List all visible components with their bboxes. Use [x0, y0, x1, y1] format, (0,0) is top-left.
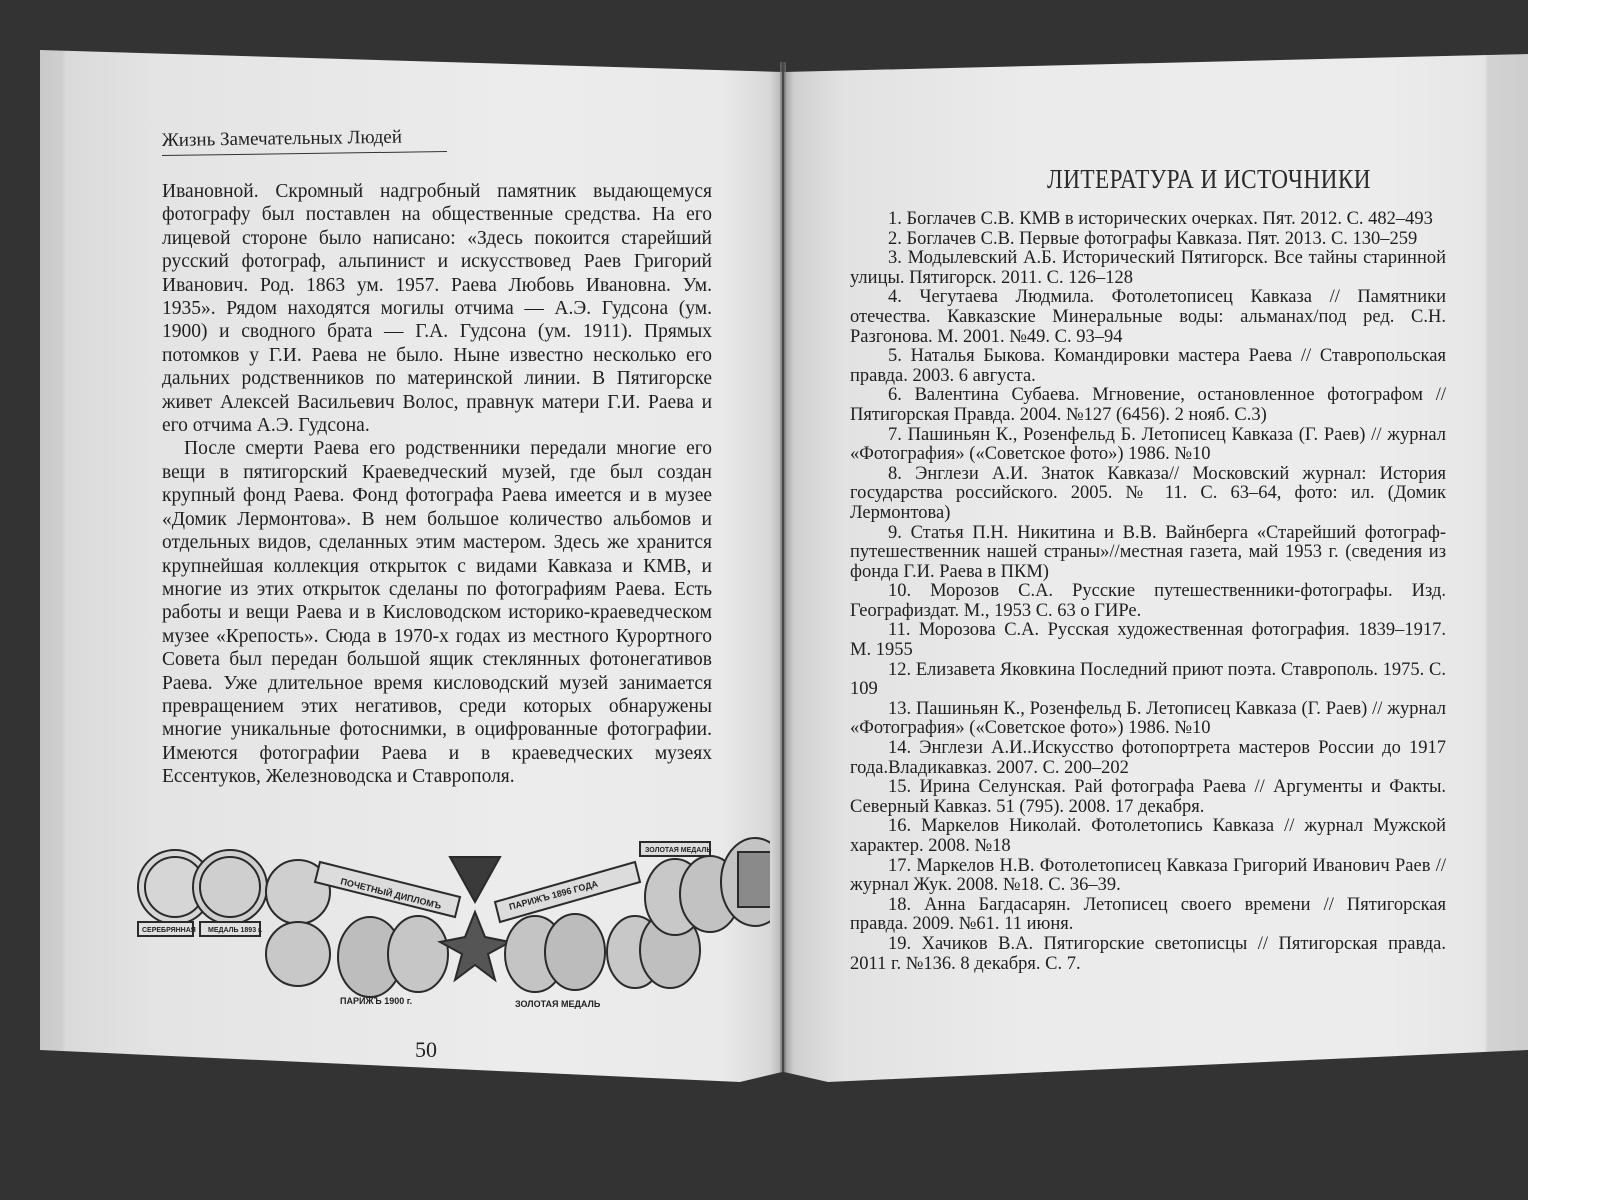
page-number: 50	[415, 1037, 437, 1063]
reference-item: 12. Елизавета Яковкина Последний приют п…	[850, 661, 1446, 700]
reference-item: 7. Пашиньян К., Розенфельд Б. Летописец …	[850, 426, 1446, 465]
reference-item: 16. Маркелов Николай. Фотолетопись Кавка…	[850, 817, 1446, 856]
left-page: Жизнь Замечательных Людей Ивановной. Скр…	[40, 42, 782, 1082]
paragraph-2: После смерти Раева его родственники пере…	[162, 437, 712, 788]
reference-item: 5. Наталья Быкова. Командировки мастера …	[850, 347, 1446, 386]
reference-item: 1. Боглачев С.В. КМВ в исторических очер…	[850, 210, 1446, 230]
reference-item: 2. Боглачев С.В. Первые фотографы Кавказ…	[850, 230, 1446, 250]
reference-item: 19. Хачиков В.А. Пятигорские светописцы …	[850, 935, 1446, 974]
medals-illustration: ПОЧЕТНЫЙ ДИПЛОМЪ ПАРИЖЪ 1896 ГОДА ПАРИЖЪ…	[130, 822, 770, 1012]
paragraph-1: Ивановной. Скромный надгробный памятник …	[162, 180, 712, 437]
reference-item: 8. Энглези А.И. Знаток Кавказа// Московс…	[850, 465, 1446, 524]
reference-item: 11. Морозова С.А. Русская художественная…	[850, 621, 1446, 660]
reference-item: 17. Маркелов Н.В. Фотолетописец Кавказа …	[850, 857, 1446, 896]
reference-item: 13. Пашиньян К., Розенфельд Б. Летописец…	[850, 700, 1446, 739]
reference-item: 4. Чегутаева Людмила. Фотолетописец Кавк…	[850, 288, 1446, 347]
body-text: Ивановной. Скромный надгробный памятник …	[162, 180, 712, 789]
section-title: ЛИТЕРАТУРА И ИСТОЧНИКИ	[994, 164, 1424, 195]
right-page: ЛИТЕРАТУРА И ИСТОЧНИКИ 1. Боглачев С.В. …	[784, 42, 1528, 1082]
open-book: Жизнь Замечательных Людей Ивановной. Скр…	[40, 42, 1528, 1098]
reference-item: 14. Энглези А.И..Искусство фотопортрета …	[850, 739, 1446, 778]
reference-item: 9. Статья П.Н. Никитина и В.В. Вайнберга…	[850, 524, 1446, 583]
svg-text:ПАРИЖЪ 1900 г.: ПАРИЖЪ 1900 г.	[340, 996, 412, 1006]
svg-text:ЗОЛОТАЯ МЕДАЛЬ: ЗОЛОТАЯ МЕДАЛЬ	[645, 847, 711, 854]
book-gutter	[780, 62, 786, 1072]
references-list: 1. Боглачев С.В. КМВ в исторических очер…	[850, 210, 1446, 974]
running-head: Жизнь Замечательных Людей	[162, 126, 447, 156]
reference-item: 3. Модылевский А.Б. Исторический Пятигор…	[850, 249, 1446, 288]
svg-text:МЕДАЛЬ 1893 г.: МЕДАЛЬ 1893 г.	[208, 927, 262, 934]
svg-text:ЗОЛОТАЯ МЕДАЛЬ: ЗОЛОТАЯ МЕДАЛЬ	[515, 999, 601, 1009]
reference-item: 18. Анна Багдасарян. Летописец своего вр…	[850, 896, 1446, 935]
reference-item: 10. Морозов С.А. Русские путешественники…	[850, 582, 1446, 621]
svg-text:СЕРЕБРЯННАЯ: СЕРЕБРЯННАЯ	[142, 927, 196, 934]
reference-item: 15. Ирина Селунская. Рай фотографа Раева…	[850, 778, 1446, 817]
reference-item: 6. Валентина Субаева. Мгновение, останов…	[850, 386, 1446, 425]
